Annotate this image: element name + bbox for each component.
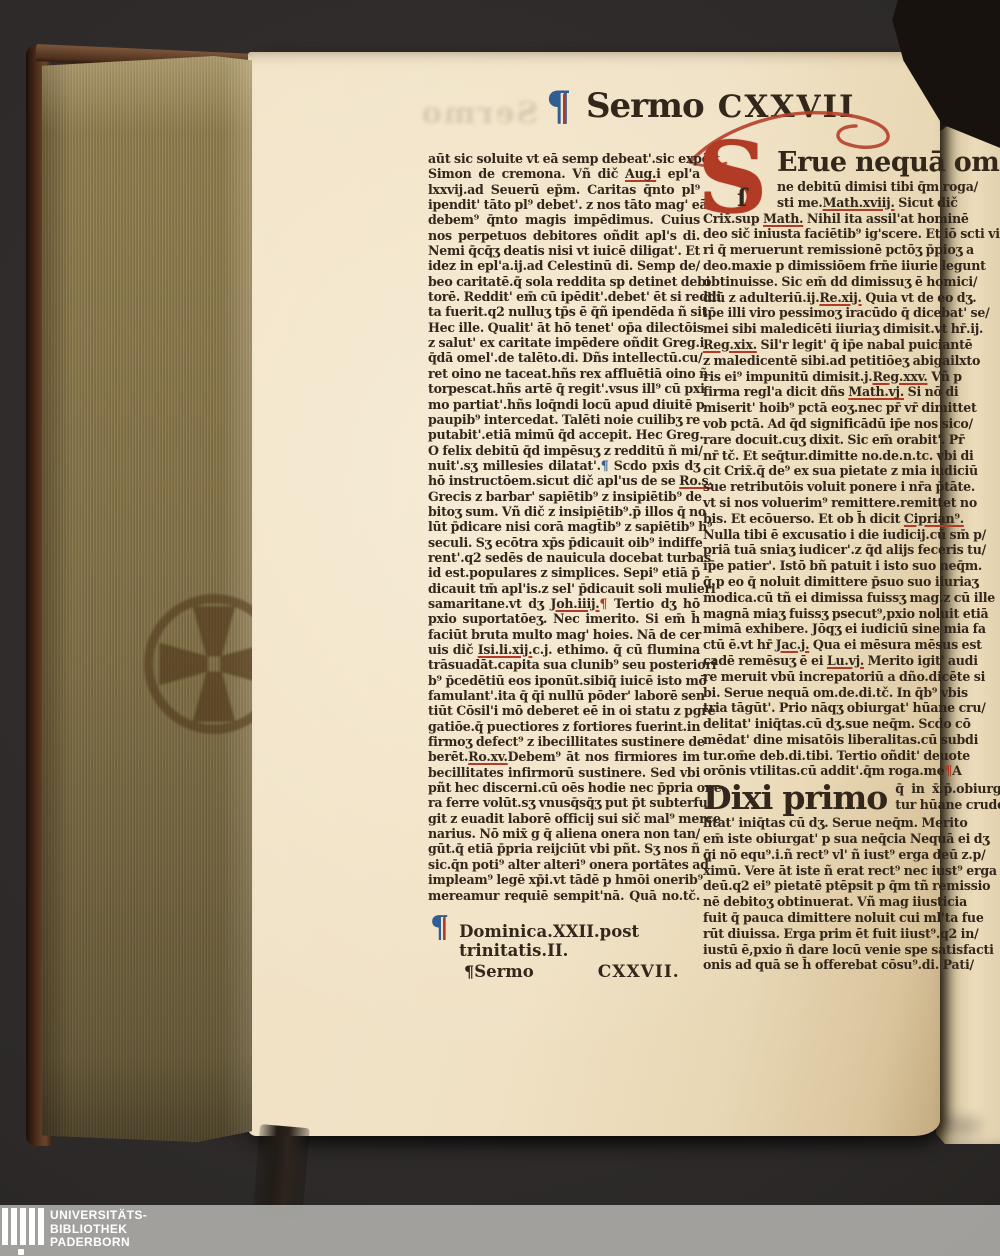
text-line: faciūt bruta multo mag' hoies. Nā de cer xyxy=(428,627,700,642)
text-line: delitat' iniq̄tas.cū dʒ.sue neq̄m. Scdo … xyxy=(703,716,955,732)
text-line: q̄i nō equ⁹.i.ñ rect⁹ vl' ñ iust⁹ erga d… xyxy=(703,847,955,863)
text-line: firma regl'a dicit dñs Math.vj. Si nō di xyxy=(703,384,955,400)
ink-offset-ghost: Sermo xyxy=(278,96,538,131)
incipit-heading: Erue nequā om xyxy=(777,146,955,179)
colophon: ¶ Dominica.XXII.post trinitatis.II. ¶ Se… xyxy=(430,918,730,982)
colophon-line-1: ¶ Dominica.XXII.post trinitatis.II. xyxy=(430,918,730,960)
text-line: cit Crix̄.q̄ de⁹ ex sua pietate z mia iu… xyxy=(703,463,955,479)
incipit-block: S ſ Erue nequā om ne debitū dimisi tibi … xyxy=(703,146,955,211)
text-line: ipendit' tāto pl⁹ debet'. z nos tāto mag… xyxy=(428,197,700,212)
text-line: Simon de cremona. Vñ dič Aug.i epl'a xyxy=(428,166,700,181)
colophon-line-2: ¶ Sermo CXXVII. xyxy=(464,962,730,982)
text-line: Reg.xix. Sil'r legit' q̄ ip̄e nabal puic… xyxy=(703,337,955,353)
text-line: tur hūane crude/ xyxy=(895,797,1000,813)
text-line: debem⁹ q̄nto magis impēdimus. Cuius xyxy=(428,212,700,227)
text-line: git z euadit laborē officij sui sič mal⁹… xyxy=(428,811,700,826)
colophon-dominica: Dominica.XXII.post trinitatis.II. xyxy=(459,922,730,960)
text-line: litat' iniq̄tas cū dʒ. Serue neq̄m. Meri… xyxy=(703,815,955,831)
text-line: sti me.Math.xviij. Sicut dič xyxy=(777,195,955,211)
text-line: gatiōe.q̄ puectiores z fortiores fuerint… xyxy=(428,719,700,734)
text-line: orōnis vtilitas.cū addit'.q̄m roga.me¶A xyxy=(703,763,955,779)
text-line: ret oino ne taceat.hñs rex affluētiā oin… xyxy=(428,366,700,381)
text-line: mēdat' dine misatōis liberalitas.cū subd… xyxy=(703,732,955,748)
text-line: hō instructōem.sicut dič apl'us de se Ro… xyxy=(428,473,700,488)
incipit-indent-lines: ne debitū dimisi tibi q̄m roga/sti me.Ma… xyxy=(777,179,955,211)
text-line: diū z adulteriū.ij.Re.xij. Quia vt de eo… xyxy=(703,290,955,306)
text-line: nos perpetuos debitores oñdit apl's di. xyxy=(428,228,700,243)
text-column-right: S ſ Erue nequā om ne debitū dimisi tibi … xyxy=(703,146,955,973)
text-line: paupib⁹ intercedat. Talēti noie cuilibʒ … xyxy=(428,412,700,427)
text-line: modica.cū tñ ei dimissa fuissʒ mag.z cū … xyxy=(703,590,955,606)
text-line: torpescat.hñs artē q̄ regit'.vsus ill⁹ c… xyxy=(428,381,700,396)
text-line: O felix debitū q̄d impēsuʒ z redditū ñ m… xyxy=(428,443,700,458)
text-line: lūt p̄dicare nisi corā magt̄ib⁹ z sapiēt… xyxy=(428,519,700,534)
text-line: mo partiat'.hñs loq̄ndi locū apud diuitē… xyxy=(428,397,700,412)
text-line: idez in epl'a.ij.ad Celestinū di. Semp d… xyxy=(428,258,700,273)
text-line: ra ferre volūt.sʒ vnusq̄sq̄ʒ put p̄t sub… xyxy=(428,795,700,810)
text-line: z maledicentē sibi.ad petitiōeʒ abigailx… xyxy=(703,353,955,369)
text-line: ris ei⁹ impunitū dimisit.j.Reg.xxv. Vñ p xyxy=(703,369,955,385)
dixi-side-lines: q̄ in x̄.p̄.obiurgatur hūane crude/ xyxy=(895,781,1000,813)
dixi-primo-block: Dixi primo q̄ in x̄.p̄.obiurgatur hūane … xyxy=(703,781,955,815)
text-column-left: aūt sic soluite vt eā semp debeat'.sic e… xyxy=(428,151,700,903)
text-line: z salut' ex caritate impēdere oñdit Greg… xyxy=(428,335,700,350)
text-line: dicauit tm̄ apl'is.z sel' p̄dicauit soli… xyxy=(428,581,700,596)
colophon-sermo-number: CXXVII. xyxy=(598,962,680,982)
text-line: deo.maxie p dimissiōem frn̄e iiurie legu… xyxy=(703,258,955,274)
text-line: tur.om̄e deb.di.tibi. Tertio oñdit' deuo… xyxy=(703,748,955,764)
text-line: becillitates infirmorū sustinere. Sed vb… xyxy=(428,765,700,780)
text-line: Grecis z barbar' sapiētib⁹ z insipiētib⁹… xyxy=(428,489,700,504)
text-line: Nulla tibi ē excusatio i die iudicij.cū … xyxy=(703,527,955,543)
text-line: miserit' hoib⁹ pctā eoʒ.nec pr̄ vr̄ dimi… xyxy=(703,400,955,416)
text-line: mimā exhibere. Jōqʒ ei iudiciū sine mia … xyxy=(703,621,955,637)
text-line: iustū ē,pxio ñ dare locū venie spe satis… xyxy=(703,942,955,958)
text-line: nē debitoʒ obtinuerat. Vñ mag iiusticia xyxy=(703,894,955,910)
right-column-body: Crix̄.sup Math. Nihil ita assil'at homin… xyxy=(703,211,955,780)
text-line: torē. Reddit' em̄ cū ipēdit'.debet' ēt s… xyxy=(428,289,700,304)
text-line: Nemi q̄cq̄ʒ deatis nisi vt iuicē diligat… xyxy=(428,243,700,258)
red-pilcrow-icon: ¶ xyxy=(464,962,474,981)
text-line: q̄ in x̄.p̄.obiurga xyxy=(895,781,1000,797)
text-line: ximū. Vere āt iste ñ erat rect⁹ nec iust… xyxy=(703,863,955,879)
text-line: tiūt Cōsil'i mō deberet eē in oi statu z… xyxy=(428,703,700,718)
text-block-fore-edge xyxy=(42,56,252,1142)
text-line: mei sibi maledicēti iiuriaʒ dimisit.vt h… xyxy=(703,321,955,337)
library-footer-band: UNIVERSITÄTS- BIBLIOTHEK PADERBORN xyxy=(0,1205,1000,1256)
text-line: pxio suportatōeʒ. Nec imerito. Si em̄ h̄ xyxy=(428,611,700,626)
library-name: UNIVERSITÄTS- BIBLIOTHEK PADERBORN xyxy=(50,1209,147,1250)
text-line: rūt diuissa. Erga prim ēt fuit iiust⁹.q2… xyxy=(703,926,955,942)
text-line: re meruit vbū increpatoriū a dño.dicēte … xyxy=(703,669,955,685)
text-line: deū.q2 ei⁹ pietatē ptēpsit p q̄m tñ remi… xyxy=(703,878,955,894)
text-line: tria tāgūt'. Prio nāqʒ obiurgat' hūane c… xyxy=(703,700,955,716)
text-line: em̄ iste obiurgat' p sua neq̄cia Nequā e… xyxy=(703,831,955,847)
photographed-incunable-page: Sermo ¶ Sermo CXXVII aūt sic soluite vt … xyxy=(0,0,1000,1256)
text-line: rent'.q2 sedēs de nauicula docebat turba… xyxy=(428,550,700,565)
text-line: rare docuit.cuʒ dixit. Sic em̄ orabit'. … xyxy=(703,432,955,448)
text-line: sic.q̄n poti⁹ alter alteri⁹ onera portāt… xyxy=(428,857,700,872)
text-line: bitoʒ sum. Vñ dič z insipiētib⁹.p̄ illos… xyxy=(428,504,700,519)
text-line: beo caritatē.q̄ sola reddita sp detinet … xyxy=(428,274,700,289)
text-line: aūt sic soluite vt eā semp debeat'.sic e… xyxy=(428,151,700,166)
text-line: q̄.p eo q̄ noluit dimittere p̄suo suo ii… xyxy=(703,574,955,590)
text-line: lxxvij.ad Seuerū ep̄m. Caritas q̄nto pl⁹ xyxy=(428,182,700,197)
text-line: bis. Et ecōuerso. Et ob h̄ dicit Ciprian… xyxy=(703,511,955,527)
text-line: cadē remēsuʒ ē ei Lu.vj. Merito igit' au… xyxy=(703,653,955,669)
text-line: trāsuadāt.capita sua clunib⁹ seu posteri… xyxy=(428,657,700,672)
printed-page-content: Sermo ¶ Sermo CXXVII aūt sic soluite vt … xyxy=(248,52,940,1136)
text-line: vob pctā. Ad q̄d significādū ip̄e nos si… xyxy=(703,416,955,432)
text-line: ip̄e illi viro pessimoʒ iracūdo q̄ diceb… xyxy=(703,305,955,321)
right-column-tail: litat' iniq̄tas cū dʒ. Serue neq̄m. Meri… xyxy=(703,815,955,973)
text-line: narius. Nō mix̄ g q̄ aliena onera non ta… xyxy=(428,826,700,841)
text-line: fuit q̄ pauca dimittere noluit cui ml'ta… xyxy=(703,910,955,926)
text-line: id est.populares z simplices. Sepi⁹ etiā… xyxy=(428,565,700,580)
text-line: obtinuisse. Sic em̄ dd dimissuʒ ē homici… xyxy=(703,274,955,290)
text-line: nuit'.sʒ millesies dilatat'.¶ Scdo pxis … xyxy=(428,458,700,473)
text-line: seculi. Sʒ ecōtra xp̄s p̄dicauit oib⁹ in… xyxy=(428,535,700,550)
text-line: samaritane.vt dʒ Joh.iiij.¶ Tertio dʒ hō xyxy=(428,596,700,611)
text-line: nr̄ tč. Et seq̄tur.dimitte no.de.n.tc. v… xyxy=(703,448,955,464)
text-line: impleam⁹ legē xp̄i.vt tādē p hmōi onerib… xyxy=(428,872,700,887)
colophon-sermo-label: Sermo xyxy=(474,962,534,981)
text-line: bi. Serue nequā om.de.di.tč. In q̄b⁹ vbi… xyxy=(703,685,955,701)
text-line: ne debitū dimisi tibi q̄m roga/ xyxy=(777,179,955,195)
text-line: gūt.q̄ etiā p̄pria reijciūt vbi pñt. Sʒ … xyxy=(428,841,700,856)
text-line: ctū ē.vt hr̄ Jac.j. Qua ei mēsura mēsus … xyxy=(703,637,955,653)
text-line: berēt.Ro.xv.Debem⁹ āt nos firmiores im xyxy=(428,749,700,764)
text-line: ta fuerit.q2 nulluʒ tp̄s ē q̄ñ ipendēda … xyxy=(428,304,700,319)
text-line: sue retributōis voluit ponere i nr̄a p̄t… xyxy=(703,479,955,495)
text-line: famulant'.ita q̄ q̄i nullū pōder' laborē… xyxy=(428,688,700,703)
text-line: pñt hec discerni.cū oēs hodie nec p̄pria… xyxy=(428,780,700,795)
text-line: mereamur requiē sempit'nā. Quā no.tč. xyxy=(428,888,700,903)
library-name-line: PADERBORN xyxy=(50,1236,147,1250)
guide-letter: ſ xyxy=(737,190,747,206)
text-line: q̄dā omel'.de talēto.di. Dñs intellectū.… xyxy=(428,350,700,365)
dixi-primo-heading: Dixi primo xyxy=(703,781,887,815)
blue-pilcrow-icon: ¶ xyxy=(430,918,449,938)
library-name-line: UNIVERSITÄTS- xyxy=(50,1209,147,1223)
ub-paderborn-logo-icon xyxy=(2,1208,44,1256)
text-line: Hec ille. Qualit' āt hō tenet' op̄a dile… xyxy=(428,320,700,335)
text-line: onis ad quā se h̄ offerebat cōsu⁹.di. Pa… xyxy=(703,957,955,973)
text-line: uis dič Isi.li.xij.c.j. ethimo. q̄ cū fl… xyxy=(428,642,700,657)
text-line: ri q̄ meruerunt remissionē pctōʒ p̄pioʒ … xyxy=(703,242,955,258)
text-line: magnā miaʒ fuissʒ psecut⁹,pxio noluit et… xyxy=(703,606,955,622)
rubricated-pilcrow-icon: ¶ xyxy=(546,92,572,122)
text-line: b⁹ p̄cedētiū eos iponūt.sibiq̄ iuicē ist… xyxy=(428,673,700,688)
text-line: putabit'.etiā mimū q̄d accepit. Hec Greg… xyxy=(428,427,700,442)
text-line: priā tuā sniaʒ iudicer'.z q̄d alijs fece… xyxy=(703,542,955,558)
text-line: vt si nos voluerim⁹ remittere.remittet n… xyxy=(703,495,955,511)
text-line: ip̄e patier'. Istō bñ patuit i isto suo … xyxy=(703,558,955,574)
text-line: firmoʒ defect⁹ z ibecillitates sustinere… xyxy=(428,734,700,749)
library-name-line: BIBLIOTHEK xyxy=(50,1223,147,1237)
